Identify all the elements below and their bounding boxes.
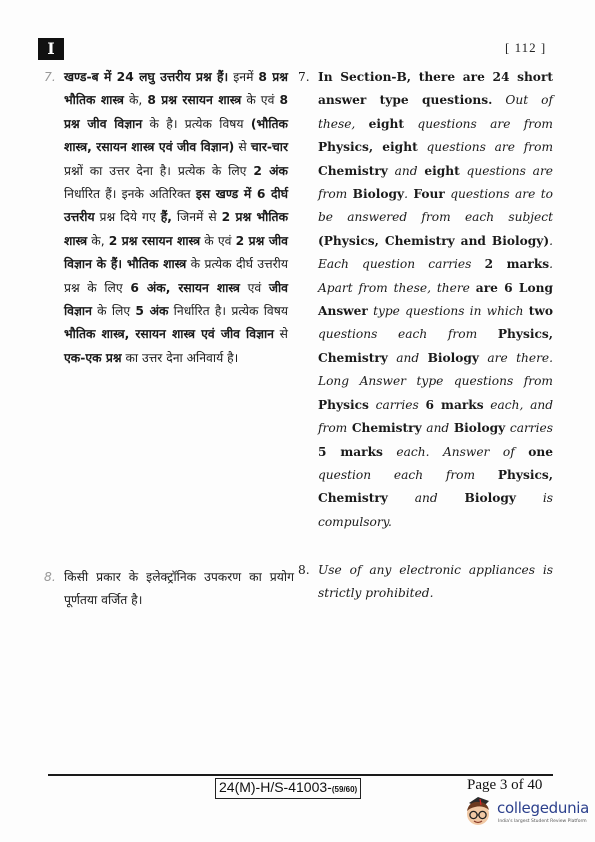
hindi-item-8-text: किसी प्रकार के इलेक्ट्रॉनिक उपकरण का प्र… (64, 566, 294, 613)
bold-text: Chemistry (352, 421, 422, 435)
item-number: 7. (298, 66, 318, 534)
hindi-item-7: 7. खण्ड-ब में 24 लघु उत्तरीय प्रश्न हैं।… (44, 66, 288, 370)
paper-code: 24(M)-H/S-41003- (219, 779, 332, 795)
paper-code-suffix: (59/60) (332, 785, 357, 794)
bold-text: हैं, (161, 210, 172, 224)
text-run: and (388, 491, 465, 505)
paper-code-box: 24(M)-H/S-41003-(59/60) (215, 778, 361, 799)
text-run: प्रश्न दिये गए (95, 210, 161, 224)
text-run: and (388, 164, 425, 178)
item-number: 8. (298, 559, 318, 606)
english-item-7-text: In Section-B, there are 24 short answer … (318, 66, 553, 534)
hindi-item-8: 8. किसी प्रकार के इलेक्ट्रॉनिक उपकरण का … (44, 566, 294, 613)
brand-tagline: India's largest Student Review Platform (498, 819, 587, 824)
set-label-box: I (38, 38, 64, 60)
text-run: के लिए (92, 304, 136, 318)
bold-text: 8 प्रश्न रसायन शास्त्र (147, 93, 241, 107)
bold-text: भौतिक शास्त्र, रसायन शास्त्र एवं जीव विज… (64, 327, 274, 341)
bold-text: Biology (353, 187, 404, 201)
text-run: questions each from (318, 327, 498, 341)
english-item-8: 8. Use of any electronic appliances is s… (298, 559, 553, 606)
bold-text: Physics (318, 398, 369, 412)
bold-text: Biology (428, 351, 479, 365)
exam-page: I [ 112 ] 7. खण्ड-ब में 24 लघु उत्तरीय प… (0, 0, 595, 842)
text-run: and (388, 351, 428, 365)
footer-divider (48, 774, 553, 776)
bold-text: eight (369, 117, 404, 131)
bold-text: one (528, 445, 553, 459)
bold-text: Physics, eight (318, 140, 418, 154)
text-run: से (234, 140, 251, 154)
bold-text: 5 अंक (135, 304, 168, 318)
page-marker: [ 112 ] (505, 40, 546, 56)
text-run: जिनमें से (172, 210, 222, 224)
text-run: carries (369, 398, 426, 412)
text-run: इनमें (228, 70, 258, 84)
bold-text: 2 अंक (253, 164, 288, 178)
bold-text: Chemistry (318, 164, 388, 178)
text-run: निर्धारित है। प्रत्येक विषय (168, 304, 288, 318)
text-run: question each from (318, 468, 498, 482)
hindi-column: 7. खण्ड-ब में 24 लघु उत्तरीय प्रश्न हैं।… (44, 66, 288, 370)
bold-text: 2 marks (485, 257, 550, 271)
text-run: एवं (240, 281, 269, 295)
page-count: Page 3 of 40 (467, 777, 542, 794)
collegedunia-watermark: collegedunia India's largest Student Rev… (463, 795, 593, 835)
bold-text: Four (413, 187, 444, 201)
bold-text: चार-चार (251, 140, 288, 154)
bold-text: two (529, 304, 553, 318)
bold-text: (Physics, Chemistry and Biology) (318, 234, 549, 248)
bold-text: 6 marks (425, 398, 483, 412)
english-item-8-text: Use of any electronic appliances is stri… (318, 559, 553, 606)
mascot-face-icon (463, 795, 493, 829)
text-run: के एवं (200, 234, 235, 248)
text-run: के है। प्रत्येक विषय (142, 117, 251, 131)
text-run: questions are from (418, 140, 553, 154)
hindi-item-7-text: खण्ड-ब में 24 लघु उत्तरीय प्रश्न हैं। इन… (64, 66, 288, 370)
brand-name: collegedunia (497, 799, 589, 817)
english-item-7: 7. In Section-B, there are 24 short answ… (298, 66, 553, 534)
bold-text: एक-एक प्रश्न (64, 351, 122, 365)
text-run: प्रश्नों का उत्तर देना है। प्रत्येक के ल… (64, 164, 253, 178)
text-run: के एवं (241, 93, 279, 107)
bold-text: 2 प्रश्न रसायन शास्त्र (109, 234, 200, 248)
text-run: type questions in which (368, 304, 529, 318)
text-run: questions are from (404, 117, 553, 131)
bold-text: 6 अंक, रसायन शास्त्र (130, 281, 240, 295)
text-run: से (274, 327, 288, 341)
english-column: 7. In Section-B, there are 24 short answ… (298, 66, 553, 534)
text-run: each. Answer of (383, 445, 528, 459)
item-number: 7. (44, 66, 64, 370)
bold-text: Biology (454, 421, 505, 435)
text-run: के, (124, 93, 147, 107)
text-run: का उत्तर देना अनिवार्य है। (122, 351, 239, 365)
text-run: के, (87, 234, 109, 248)
bold-text: eight (424, 164, 459, 178)
bold-text: खण्ड-ब में 24 लघु उत्तरीय प्रश्न हैं। (64, 70, 228, 84)
text-run: निर्धारित हैं। इनके अतिरिक्त (64, 187, 196, 201)
bold-text: Biology (465, 491, 516, 505)
text-run: and (422, 421, 454, 435)
item-number: 8. (44, 566, 64, 613)
text-run: carries (505, 421, 553, 435)
bold-text: 5 marks (318, 445, 383, 459)
